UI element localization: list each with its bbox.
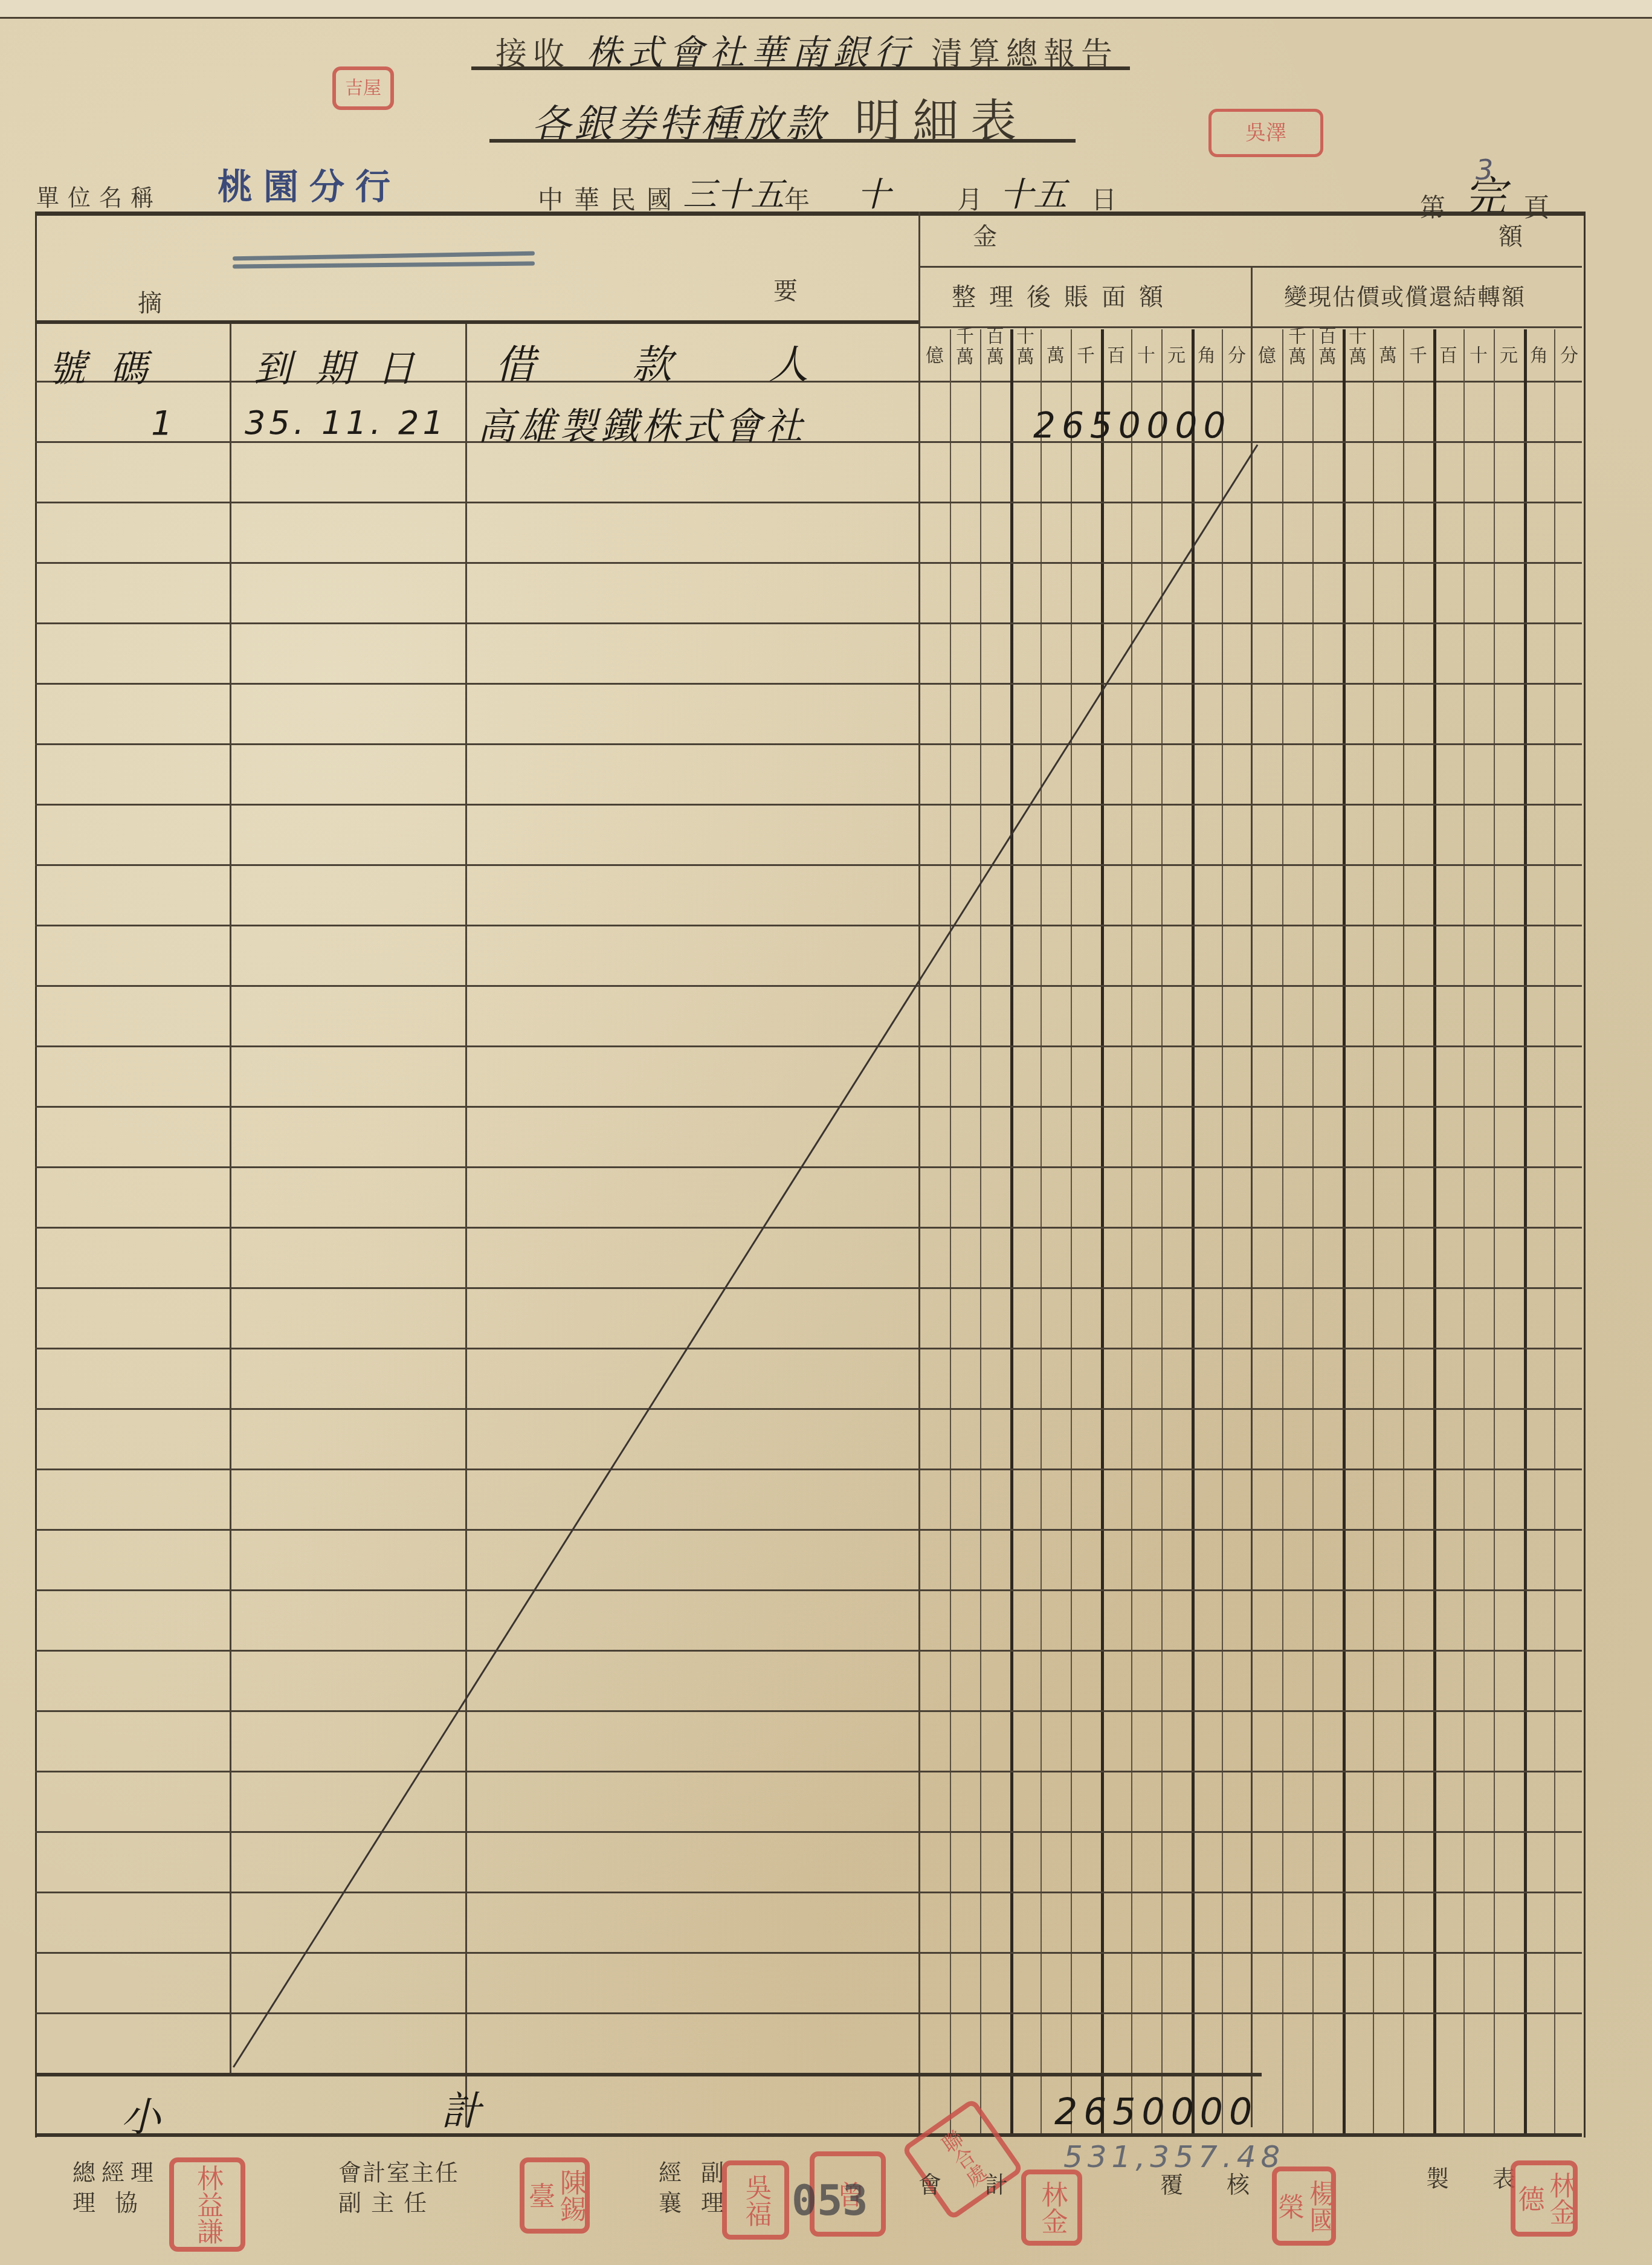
date-day: 十五 [999, 168, 1067, 216]
realizable-digit-header: 億 [1254, 346, 1280, 366]
signatory-accounting-label: 會 計 [918, 2170, 1026, 2200]
seal-deputy-manager: 吳福 [722, 2160, 789, 2240]
digit-column-line [1071, 329, 1072, 2133]
realizable-digit-header: 百萬 [1314, 326, 1341, 367]
row-rule-line [35, 1589, 1582, 1591]
realizable-digit-header: 千 [1405, 346, 1431, 366]
digit-column-line [1463, 329, 1465, 2133]
row-rule-line [35, 925, 1582, 926]
date-year-label: 年 [784, 180, 821, 216]
amount-header-line [918, 266, 1582, 268]
book-value-digit-header: 億 [921, 346, 948, 366]
row-rule-line [35, 1892, 1582, 1893]
row-due-date: 35. 11. 21 [245, 404, 447, 442]
row-rule-line [35, 1710, 1582, 1712]
unit-name-value: 桃園分行 [218, 158, 401, 209]
book-value-digit-header: 分 [1224, 346, 1250, 366]
signatory-review-label: 覆 核 [1160, 2170, 1268, 2200]
date-era-label: 中華民國 [538, 180, 683, 216]
book-value-digit-header: 千萬 [952, 326, 978, 367]
row-rule-line [35, 1771, 1582, 1772]
digit-column-line [1161, 329, 1163, 2133]
loan-detail-table [35, 212, 1586, 2137]
divider-amount-columns [1251, 266, 1253, 2127]
stamp-serial-number: 053 [792, 2176, 868, 2225]
row-rule-line [35, 562, 1582, 564]
subtotal-bottom-line [35, 2133, 1582, 2137]
row-rule-line [35, 1045, 1582, 1047]
summary-header-line [35, 320, 918, 324]
signatory-deputy-manager-label: 經 副襄 理 [659, 2157, 730, 2218]
col-header-number: 號碼 [48, 338, 172, 392]
digit-column-line [1222, 329, 1223, 2133]
row-number: 1 [151, 404, 173, 443]
summary-header-left: 摘 [138, 284, 166, 318]
row-rule-line [35, 1952, 1582, 1954]
digit-column-line [950, 329, 951, 2133]
divider-number-date [230, 320, 231, 2073]
book-value-digit-header: 十 [1133, 346, 1160, 366]
row-borrower: 高雄製鐵株式會社 [477, 396, 806, 450]
amount-header-right: 額 [1499, 218, 1526, 252]
row-rule-line [35, 1408, 1582, 1410]
signatory-accounting-chief-label: 會計室主任副 主 任 [338, 2157, 459, 2218]
row-rule-line [35, 1348, 1582, 1349]
digit-column-line [1312, 329, 1314, 2133]
subtitle-underline [489, 139, 1076, 143]
digit-column-line [1131, 329, 1132, 2133]
book-value-digit-header: 十萬 [1012, 326, 1039, 367]
date-month: 十 [857, 168, 891, 216]
seal-accounting-chief: 陳錫臺 [520, 2157, 590, 2234]
subtotal-label-left: 小 [121, 2085, 161, 2142]
title-underline [471, 66, 1130, 70]
realizable-digit-header: 百 [1435, 346, 1462, 366]
row-rule-line [35, 1106, 1582, 1108]
row-rule-line [35, 1166, 1582, 1168]
digit-column-line [1403, 329, 1404, 2133]
digit-column-line [1041, 329, 1042, 2133]
realizable-value-header: 變現估價或償還結轉額 [1284, 278, 1526, 311]
realizable-digit-header: 十萬 [1344, 326, 1371, 367]
digit-column-line [1494, 329, 1495, 2133]
digit-column-line [1282, 329, 1283, 2133]
row-rule-line [35, 1650, 1582, 1652]
realizable-digit-header: 分 [1556, 346, 1583, 366]
digit-column-line [980, 329, 981, 2133]
row-rule-line [35, 1529, 1582, 1531]
digit-column-line [1343, 329, 1346, 2133]
row-rule-line [35, 683, 1582, 685]
row-rule-line [35, 864, 1582, 866]
signatory-general-manager-label: 總經理理 協 [73, 2157, 160, 2218]
book-value-digit-header: 元 [1163, 346, 1190, 366]
date-month-label: 月 [957, 180, 993, 216]
divider-summary-amount [918, 212, 920, 2133]
row-rule-line [35, 743, 1582, 745]
realizable-digit-header: 萬 [1375, 346, 1401, 366]
book-value-digit-header: 百萬 [982, 326, 1008, 367]
row-rule-line [35, 1469, 1582, 1470]
divider-date-borrower [465, 320, 467, 2127]
subtotal-book-value: 2650000 [1054, 2091, 1258, 2133]
book-value-digit-header: 角 [1193, 346, 1220, 366]
realizable-digit-header: 元 [1496, 346, 1522, 366]
digit-column-line [1192, 329, 1195, 2133]
report-date: 中華民國 三十五 年 十 月 十五 日 [538, 168, 1128, 216]
amount-header-left: 金 [973, 218, 1001, 252]
subtotal-label-right: 計 [441, 2079, 481, 2136]
summary-header-right: 要 [773, 272, 801, 306]
book-value-header: 整理後賬面額 [952, 278, 1176, 312]
realizable-digit-header: 千萬 [1284, 326, 1311, 367]
row-book-value: 2650000 [1033, 405, 1231, 446]
book-value-digit-header: 百 [1103, 346, 1129, 366]
row-rule-line [35, 1227, 1582, 1229]
digit-column-line [1524, 329, 1527, 2133]
realizable-digit-header: 角 [1526, 346, 1552, 366]
seal-accounting: 林金 [1021, 2170, 1082, 2246]
row-rule-line [35, 804, 1582, 806]
date-year: 三十五 [683, 168, 784, 216]
seal-top-right: 吳澤 [1208, 109, 1323, 157]
page-top-edge [0, 0, 1652, 19]
digit-column-line [1373, 329, 1374, 2133]
col-header-due-date: 到期日 [254, 338, 439, 392]
book-value-digit-header: 萬 [1042, 346, 1069, 366]
seal-preparer: 林金德 [1511, 2160, 1578, 2237]
unit-name-label: 單位名稱 [36, 179, 162, 212]
row-rule-line [35, 622, 1582, 624]
realizable-digit-header: 十 [1465, 346, 1492, 366]
row-rule-line [35, 502, 1582, 503]
page-annotation: 3 [1476, 153, 1493, 186]
subtotal-top-line [35, 2073, 1262, 2076]
row-rule-line [35, 1831, 1582, 1833]
seal-review: 楊國榮 [1272, 2166, 1336, 2246]
row-rule-line [35, 1287, 1582, 1289]
digit-column-line [1101, 329, 1104, 2133]
seal-top-left: 吉屋 [332, 66, 394, 110]
digit-column-line [1433, 329, 1436, 2133]
book-value-digit-header: 千 [1073, 346, 1099, 366]
seal-general-manager: 林益謙 [169, 2157, 245, 2252]
row-rule-line [35, 985, 1582, 987]
digit-column-line [1010, 329, 1013, 2133]
col-header-borrower: 借款人 [495, 332, 905, 390]
date-day-label: 日 [1091, 180, 1128, 216]
digit-column-line [1554, 329, 1555, 2133]
